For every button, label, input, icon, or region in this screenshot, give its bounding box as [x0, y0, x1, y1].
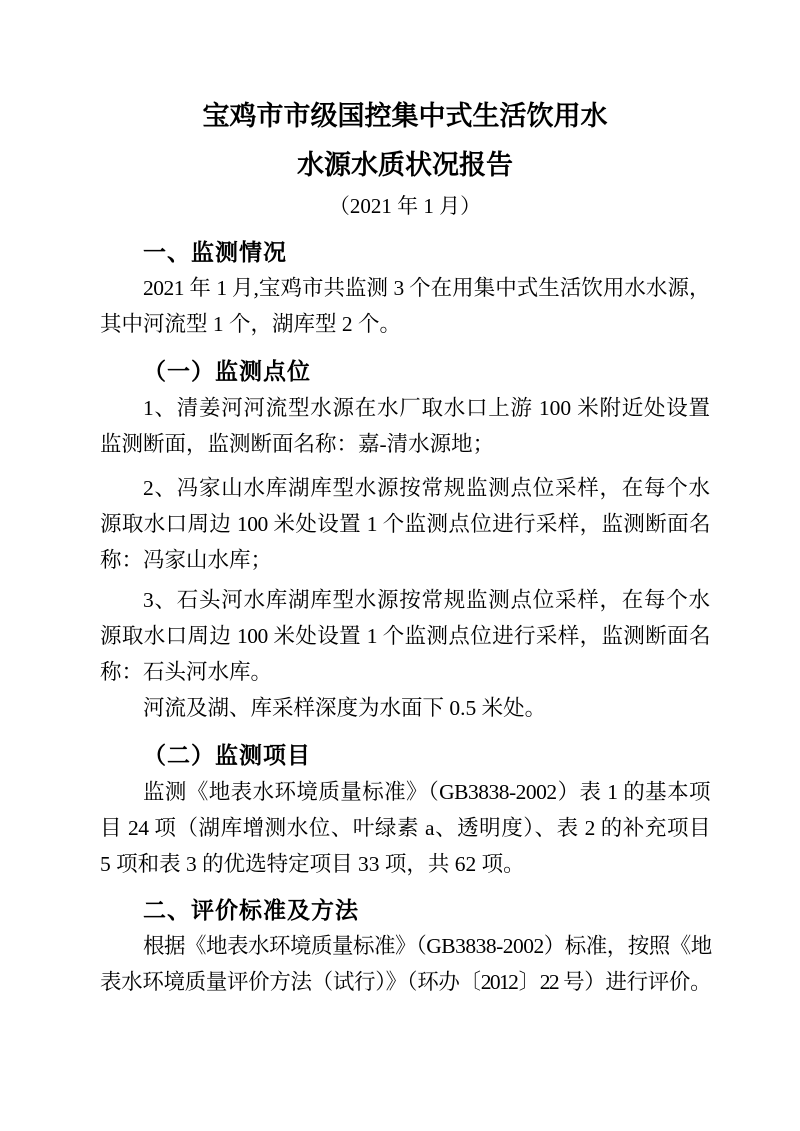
paragraph-line: 3、石头河水库湖库型水源按常规监测点位采样，在每个水 [100, 582, 710, 618]
paragraph-line: 称：冯家山水库； [100, 542, 710, 578]
paragraph-line: 表水环境质量评价方法（试行）》（环办〔2012〕22 号）进行评价。 [100, 964, 710, 1000]
paragraph-line: 称：石头河水库。 [100, 654, 710, 690]
section-1-2-heading: （二）监测项目 [100, 738, 710, 774]
report-date: （2021 年 1 月） [100, 190, 710, 222]
paragraph-line: 源取水口周边 100 米处设置 1 个监测点位进行采样，监测断面名 [100, 506, 710, 542]
report-title-line-2: 水源水质状况报告 [100, 141, 710, 190]
report-title: 宝鸡市市级国控集中式生活饮用水 水源水质状况报告 [100, 92, 710, 190]
paragraph-line: 监测断面，监测断面名称：嘉-清水源地； [100, 426, 710, 462]
section-2-heading: 二、评价标准及方法 [100, 892, 710, 928]
paragraph-line: 源取水口周边 100 米处设置 1 个监测点位进行采样，监测断面名 [100, 618, 710, 654]
paragraph-line: 监测《地表水环境质量标准》（GB3838-2002）表 1 的基本项 [100, 774, 710, 810]
paragraph-overview: 2021 年 1 月,宝鸡市共监测 3 个在用集中式生活饮用水水源， 其中河流型… [100, 270, 710, 342]
paragraph-evaluation: 根据《地表水环境质量标准》（GB3838-2002）标准，按照《地 表水环境质量… [100, 928, 710, 1000]
paragraph-line: 1、清姜河河流型水源在水厂取水口上游 100 米附近处设置 [100, 390, 710, 426]
paragraph-site-3: 3、石头河水库湖库型水源按常规监测点位采样，在每个水 源取水口周边 100 米处… [100, 582, 710, 690]
paragraph-site-2: 2、冯家山水库湖库型水源按常规监测点位采样，在每个水 源取水口周边 100 米处… [100, 470, 710, 578]
paragraph-line: 目 24 项（湖库增测水位、叶绿素 a、透明度）、表 2 的补充项目 [100, 810, 710, 846]
paragraph-site-1: 1、清姜河河流型水源在水厂取水口上游 100 米附近处设置 监测断面，监测断面名… [100, 390, 710, 462]
paragraph-line: 2、冯家山水库湖库型水源按常规监测点位采样，在每个水 [100, 470, 710, 506]
paragraph-sampling-depth: 河流及湖、库采样深度为水面下 0.5 米处。 [100, 690, 710, 726]
section-1-heading: 一、监测情况 [100, 234, 710, 270]
report-body: 宝鸡市市级国控集中式生活饮用水 水源水质状况报告 （2021 年 1 月） 一、… [100, 92, 710, 1000]
paragraph-line: 河流及湖、库采样深度为水面下 0.5 米处。 [100, 690, 710, 726]
report-title-line-1: 宝鸡市市级国控集中式生活饮用水 [100, 92, 710, 141]
paragraph-line: 2021 年 1 月,宝鸡市共监测 3 个在用集中式生活饮用水水源， [100, 270, 710, 306]
paragraph-line: 根据《地表水环境质量标准》（GB3838-2002）标准，按照《地 [100, 928, 710, 964]
paragraph-line: 其中河流型 1 个，湖库型 2 个。 [100, 306, 710, 342]
paragraph-monitoring-items: 监测《地表水环境质量标准》（GB3838-2002）表 1 的基本项 目 24 … [100, 774, 710, 882]
section-1-1-heading: （一）监测点位 [100, 354, 710, 390]
document-page: 宝鸡市市级国控集中式生活饮用水 水源水质状况报告 （2021 年 1 月） 一、… [0, 0, 800, 1131]
paragraph-line: 5 项和表 3 的优选特定项目 33 项，共 62 项。 [100, 846, 710, 882]
